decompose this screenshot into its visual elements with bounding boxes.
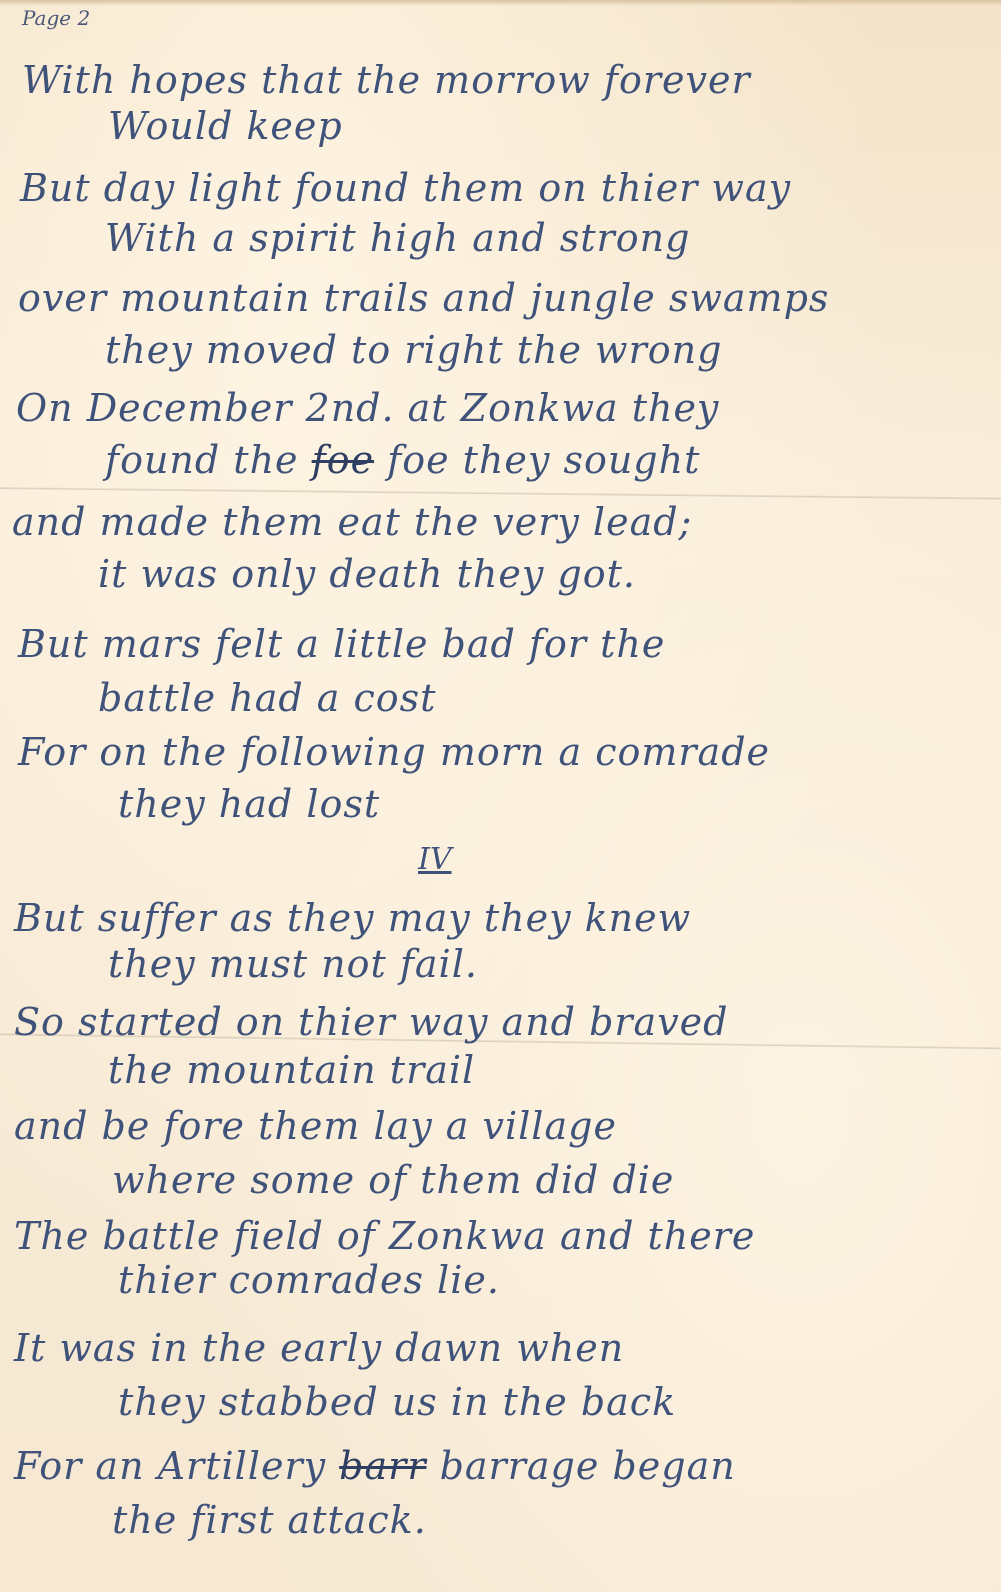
poem-word: foe they sought bbox=[387, 438, 700, 482]
crossed-out-word: barr bbox=[339, 1444, 426, 1488]
poem-line: With hopes that the morrow forever bbox=[22, 58, 751, 102]
poem-line: they stabbed us in the back bbox=[118, 1380, 676, 1424]
poem-line: it was only death they got. bbox=[98, 552, 636, 596]
poem-line: found the foe foe they sought bbox=[105, 438, 700, 482]
poem-line: But suffer as they may they knew bbox=[14, 896, 691, 940]
paper-top-edge bbox=[0, 0, 1001, 6]
poem-line: With a spirit high and strong bbox=[105, 216, 690, 260]
poem-word: barrage began bbox=[440, 1444, 736, 1488]
poem-line: So started on thier way and braved bbox=[14, 1000, 729, 1044]
poem-line: the mountain trail bbox=[108, 1048, 475, 1092]
poem-line: they had lost bbox=[118, 782, 380, 826]
poem-line: where some of them did die bbox=[112, 1158, 674, 1202]
poem-line: and made them eat the very lead; bbox=[12, 500, 692, 544]
poem-line: over mountain trails and jungle swamps bbox=[18, 276, 829, 320]
poem-line: and be fore them lay a village bbox=[14, 1104, 617, 1148]
poem-line: battle had a cost bbox=[98, 676, 436, 720]
poem-line: For an Artillery barr barrage began bbox=[14, 1444, 736, 1488]
poem-line: the first attack. bbox=[112, 1498, 427, 1542]
poem-line: they must not fail. bbox=[108, 942, 478, 986]
paper-fold-crease bbox=[0, 487, 1001, 500]
section-number: IV bbox=[418, 842, 452, 877]
poem-line: It was in the early dawn when bbox=[14, 1326, 624, 1370]
poem-line: For on the following morn a comrade bbox=[18, 730, 770, 774]
poem-line: thier comrades lie. bbox=[118, 1258, 500, 1302]
poem-line: But day light found them on thier way bbox=[20, 166, 791, 210]
poem-line: On December 2nd. at Zonkwa they bbox=[16, 386, 719, 430]
handwritten-page: Page 2 With hopes that the morrow foreve… bbox=[0, 0, 1001, 1592]
poem-line: Would keep bbox=[108, 104, 343, 148]
poem-line: But mars felt a little bad for the bbox=[18, 622, 665, 666]
poem-word: For an Artillery bbox=[14, 1444, 326, 1488]
page-number-label: Page 2 bbox=[22, 6, 90, 30]
poem-line: The battle field of Zonkwa and there bbox=[14, 1214, 755, 1258]
poem-word: found the bbox=[105, 438, 299, 482]
crossed-out-word: foe bbox=[312, 438, 374, 482]
poem-line: they moved to right the wrong bbox=[105, 328, 722, 372]
